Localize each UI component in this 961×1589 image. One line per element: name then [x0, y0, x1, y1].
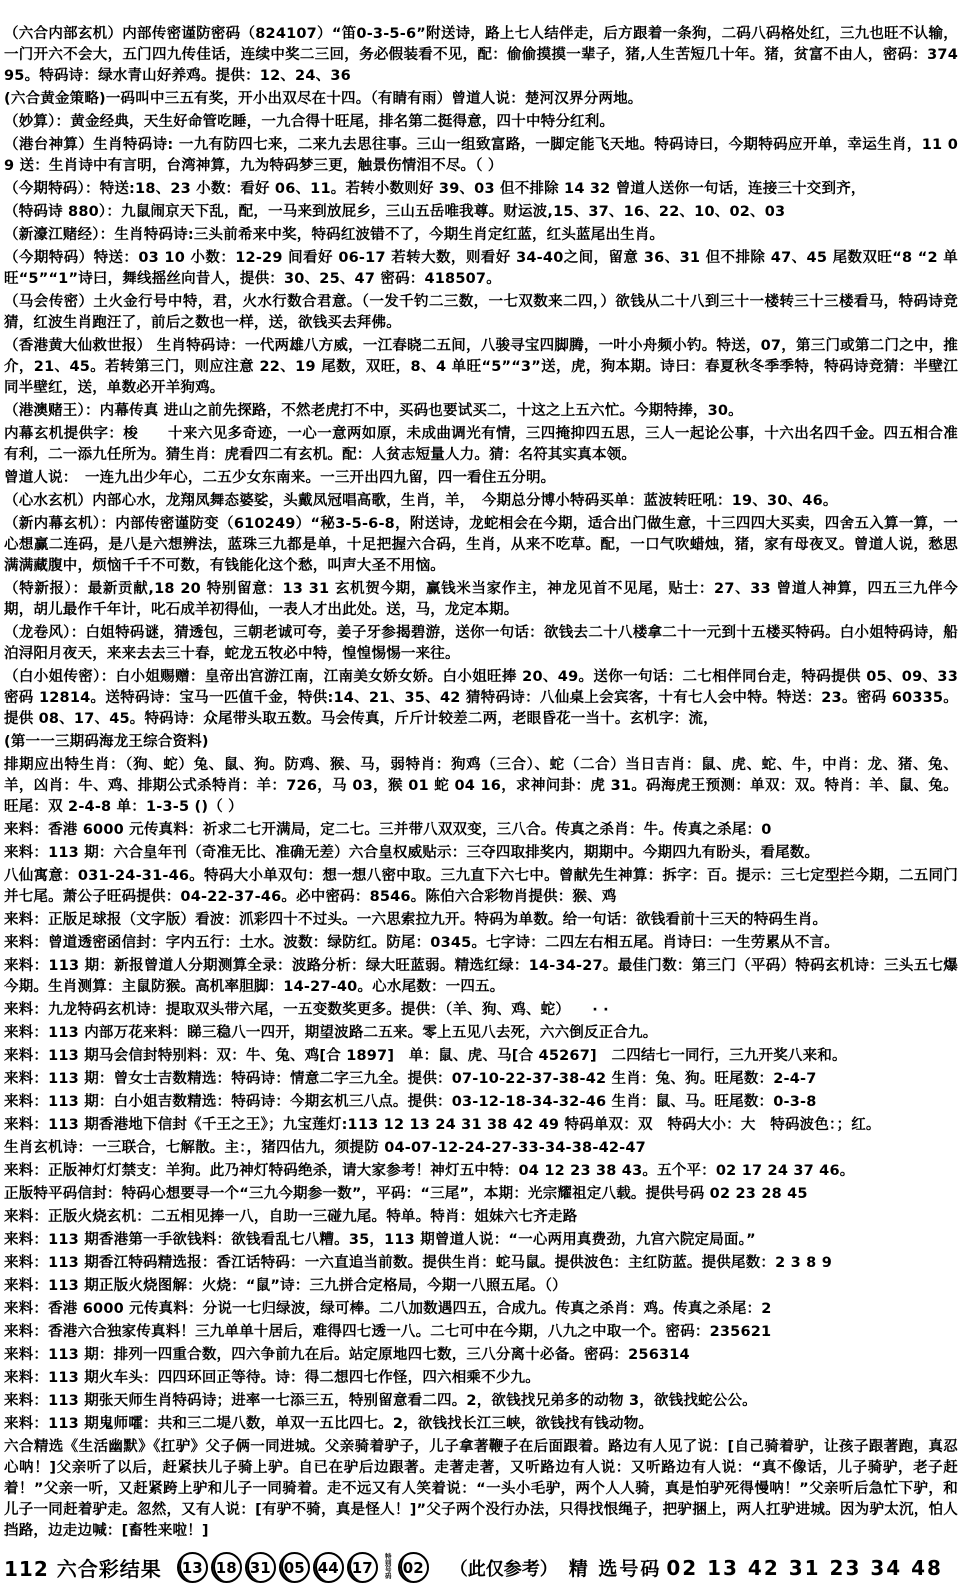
paragraph: 来料：113 内部万花来料：睇三稳八一四开，期望波路二五来。零上五见八去死，六六…: [4, 1023, 958, 1044]
paragraph: （马会传密）土火金行号中特，君，火水行数合君意。（一发千钓二三数，一七双数来二四…: [4, 292, 958, 334]
paragraph: 来料：曾道透密函信封：字内五行：土水。波数：绿防红。防尾：0345。七字诗：二四…: [4, 933, 958, 954]
paragraph-list: （六合内部玄机）内部传密谨防密码（824107）“笛0-3-5-6”附送诗，路上…: [4, 24, 958, 1544]
paragraph: 生肖玄机诗：一三联合，七解散。主：，猪四估九，须提防 04-07-12-24-2…: [4, 1138, 958, 1159]
paragraph: （今期特码）：特送:18、23 小数：看好 06、11。若转小数则好 39、03…: [4, 179, 958, 200]
paragraph: （妙算）：黄金经典，天生好命管吃睡，一九合得十旺尾，排名第二挺得意，四十中特分红…: [4, 112, 958, 133]
paragraph: 来料：香港 6000 元传真料：分说一七归绿波，绿可棒。二八加数遇四五，合成九。…: [4, 1299, 958, 1320]
reference-note: （此仅参考）: [450, 1555, 558, 1581]
result-ball: 05: [279, 1552, 310, 1583]
result-balls: 131831054417: [177, 1552, 378, 1583]
paragraph: 来料：113 期：六合皇年刊（奇准无比、准确无差）六合皇权威贴示：三夺四取排奖内…: [4, 843, 958, 864]
special-number-ball: 02: [398, 1552, 429, 1583]
paragraph: 八仙寓意：031-24-31-46。特码大小单双句：想一想八密中取。三九直下六七…: [4, 866, 958, 908]
paragraph: 曾道人说： 一连九出少年心，二五少女东南来。一三开出四九留，四一看住五分明。: [4, 468, 958, 489]
paragraph: 来料：香港六合独家传真料！三九单单十居后，难得四七透一八。二七可中在今期，八九之…: [4, 1322, 958, 1343]
result-ball: 18: [211, 1552, 242, 1583]
result-ball: 31: [245, 1552, 276, 1583]
paragraph: 来料：113 期火车头：四四环回正等待。诗：得二想四七作怪，四六相乘不少九。: [4, 1368, 958, 1389]
paragraph: （新内幕玄机）：内部传密谨防变（610249）“秘3-5-6-8，附送诗，龙蛇相…: [4, 514, 958, 577]
paragraph: 内幕玄机提供字：梭 十来六见多奇迹，一心一意两如原，未成曲调光有情，三四掩抑四五…: [4, 424, 958, 466]
paragraph: 排期应出特生肖：（狗、蛇）兔、鼠、狗。防鸡、猴、马，弱特肖：狗鸡（三合）、蛇（二…: [4, 755, 958, 818]
paragraph: 来料：113 期：排列一四重合数，四六争前九在后。站定原地四七数，三八分离十必备…: [4, 1345, 958, 1366]
paragraph: 六合精选《生活幽默》《扛驴》父子俩一同进城。父亲骑着驴子，儿子拿著鞭子在后面跟着…: [4, 1437, 958, 1542]
lottery-tip-sheet: （六合内部玄机）内部传密谨防密码（824107）“笛0-3-5-6”附送诗，路上…: [0, 0, 961, 1589]
paragraph: （港台神算）生肖特码诗: 一九有防四七来，二来九去思往事。三山一组致富路，一脚定…: [4, 135, 958, 177]
special-number-separator-label: 特别号码: [384, 1553, 392, 1583]
paragraph: （特码诗 880）：九鼠闹京天下乱，配，一马来到放屁乡，三山五岳唯我尊。财运波,…: [4, 202, 958, 223]
paragraph: 来料：113 期鬼师嚯：共和三二堤八数，单双一五比四七。2，欲钱找长江三峡，欲钱…: [4, 1414, 958, 1435]
paragraph: （心水玄机）内部心水，龙翔凤舞态婆娑，头戴凤冠唱高歌，生肖，羊， 今期总分博小特…: [4, 491, 958, 512]
paragraph: 来料：113 期：新报曾道人分期测算全录：波路分析：绿大旺蓝弱。精选红绿：14-…: [4, 956, 958, 998]
paragraph: (六合黄金策略)一码叫中三五有奖，开小出双尽在十四。（有睛有雨）曾道人说：楚河汉…: [4, 89, 958, 110]
paragraph: 来料：正版火烧玄机：二五相见捧一八，自助一三碰九尾。特单。特肖：姐妹六七齐走路: [4, 1207, 958, 1228]
paragraph: 来料：113 期张天师生肖特码诗；进率一七添三五，特别留意看二四。2，欲钱找兄弟…: [4, 1391, 958, 1412]
paragraph: 来料：香港 6000 元传真料：祈求二七开满局，定二七。三并带八双双变，三八合。…: [4, 820, 958, 841]
paragraph: （港澳赌王）：内幕传真 进山之前先探路，不然老虎打不中，买码也要试买二，十这之上…: [4, 401, 958, 422]
paragraph: 来料：113 期：白小姐吉数精选：特码诗：今期玄机三八点。提供：03-12-18…: [4, 1092, 958, 1113]
result-ball: 13: [177, 1552, 208, 1583]
paragraph: （香港黄大仙救世报） 生肖特码诗：一代两雄八方威，一江春晓二五间，八骏寻宝四脚腾…: [4, 336, 958, 399]
paragraph: 来料：113 期正版火烧图解：火烧：“鼠”诗：三九拼合定格局，今期一八照五尾。（…: [4, 1276, 958, 1297]
paragraph: 来料：正版足球报（文字版）看波：沠彩四十不过头。一六思索拉九开。特码为单数。给一…: [4, 910, 958, 931]
picks-label: 精 选号码: [569, 1554, 662, 1581]
paragraph: (第一一三期码海龙王综合资料): [4, 732, 958, 753]
paragraph: 正版特平码信封：特码心想要寻一个“三九今期参一数”，平码：“三尾”，本期：光宗耀…: [4, 1184, 958, 1205]
paragraph: 来料：113 期香港第一手欲钱料：欲钱看乱七八糟。35，113 期曾道人说：“一…: [4, 1230, 958, 1251]
paragraph: 来料：九龙特码玄机诗：提取双头带六尾，一五变数奖更多。提供：（羊、狗、鸡、蛇） …: [4, 1000, 958, 1021]
paragraph: （白小姐传密）：白小姐赐赠：皇帝出宫游江南，江南美女娇女娇。白小姐旺捧 20、4…: [4, 667, 958, 730]
paragraph: （龙卷风）：白姐特码谜，猜透包，三朝老诚可夸，姜子牙参揭碧游，送你一句话：欲钱去…: [4, 623, 958, 665]
paragraph: （新濠江赌经）：生肖特码诗:三头前希来中奖，特码红波错不了，今期生肖定红蓝，红头…: [4, 225, 958, 246]
paragraph: （六合内部玄机）内部传密谨防密码（824107）“笛0-3-5-6”附送诗，路上…: [4, 24, 958, 87]
paragraph: （特新报）：最新贡献,18 20 特别留意：13 31 玄机贺今期，赢钱米当家作…: [4, 579, 958, 621]
result-ball: 17: [347, 1552, 378, 1583]
paragraph: （今期特码）特送：03 10 小数：12-29 间看好 06-17 若转大数，则…: [4, 248, 958, 290]
paragraph: 来料：113 期：曾女士吉数精选：特码诗：情意二字三九全。提供：07-10-22…: [4, 1069, 958, 1090]
result-ball: 44: [313, 1552, 344, 1583]
paragraph: 来料：113 期香港地下信封《千王之王》；九宝莲灯:113 12 13 24 3…: [4, 1115, 958, 1136]
result-issue-label: 112 六合彩结果: [4, 1553, 162, 1582]
paragraph: 来料：113 期马会信封特别料：双：牛、兔、鸡[合 1897] 单：鼠、虎、马[…: [4, 1046, 958, 1067]
paragraph: 来料：113 期香江特码精选报：香江话特码：一六直追当前数。提供生肖：蛇马鼠。提…: [4, 1253, 958, 1274]
paragraph: 来料：正版神灯灯禁支：羊狗。此乃神灯特码绝杀，请大家参考！神灯五中特：04 12…: [4, 1161, 958, 1182]
lottery-result-line: 112 六合彩结果 131831054417 特别号码 02 （此仅参考） 精 …: [4, 1552, 958, 1583]
picked-numbers: 02 13 42 31 23 34 48: [666, 1556, 943, 1580]
